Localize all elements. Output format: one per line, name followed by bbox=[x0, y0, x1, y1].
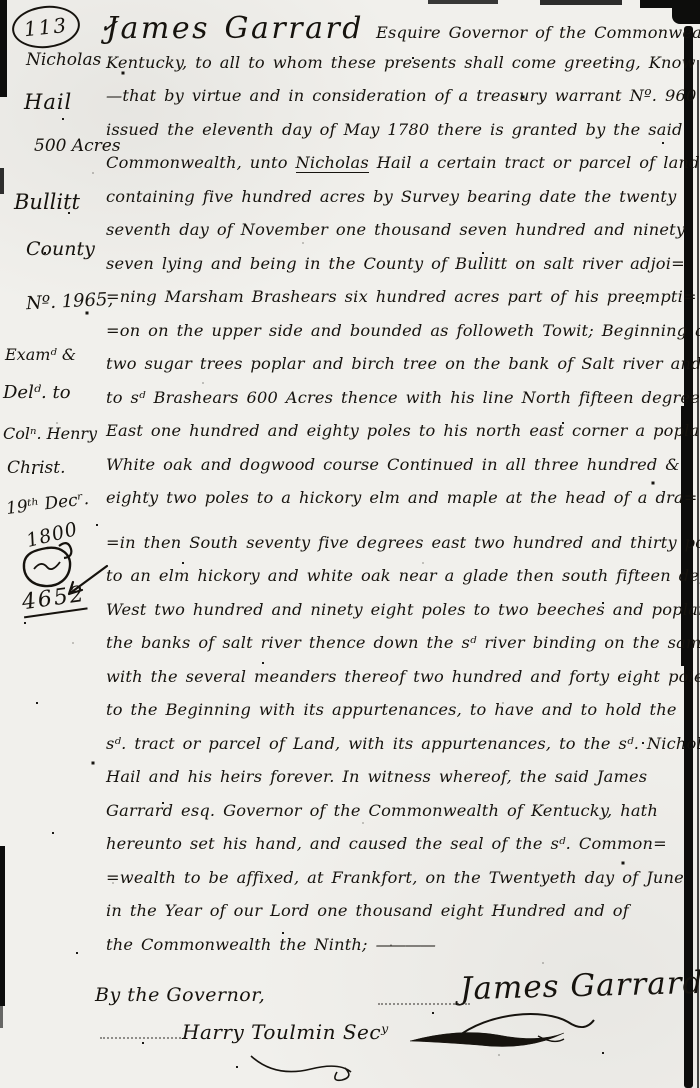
text-segment: eighty two poles to a hickory elm and ma… bbox=[106, 488, 698, 507]
document-line: with the several meanders thereof two hu… bbox=[106, 660, 686, 694]
margin-note-grant-number: Nº. 1965, bbox=[26, 289, 114, 315]
scan-edge-top-blob bbox=[640, 0, 700, 8]
text-segment: seven lying and being in the County of B… bbox=[106, 254, 685, 273]
document-line: =ning Marsham Brashears six hundred acre… bbox=[106, 280, 686, 314]
text-segment: seventh day of November one thousand sev… bbox=[106, 220, 685, 239]
text-segment: Commonwealth, unto bbox=[106, 153, 296, 172]
document-line: in the Year of our Lord one thousand eig… bbox=[106, 894, 686, 928]
text-segment: =wealth to be affixed, at Frankfort, on … bbox=[106, 868, 684, 887]
document-line: seventh day of November one thousand sev… bbox=[106, 213, 686, 247]
text-segment: Hail and his heirs forever. In witness w… bbox=[106, 767, 647, 786]
margin-note-delivery-date: 19ᵗʰ Decʳ. bbox=[5, 489, 90, 519]
text-segment: Nicholas bbox=[296, 153, 369, 173]
secretary-ink-swash bbox=[408, 1026, 568, 1054]
document-line: the banks of salt river thence down the … bbox=[106, 626, 686, 660]
text-segment: ———— bbox=[376, 935, 435, 954]
document-line: —that by virtue and in consideration of … bbox=[106, 79, 686, 113]
scan-edge-left-mid bbox=[0, 168, 4, 194]
margin-note-county-word: County bbox=[26, 238, 95, 260]
text-segment: issued the eleventh day of May 1780 ther… bbox=[106, 120, 683, 139]
document-line: sᵈ. tract or parcel of Land, with its ap… bbox=[106, 727, 686, 761]
document-line: to sᵈ Brashears 600 Acres thence with hi… bbox=[106, 381, 686, 415]
document-line: to an elm hickory and white oak near a g… bbox=[106, 559, 686, 593]
document-line: eighty two poles to a hickory elm and ma… bbox=[106, 481, 686, 515]
scan-edge-top-strip bbox=[428, 0, 498, 4]
text-segment: —that by virtue and in consideration of … bbox=[106, 86, 700, 105]
text-segment: with the several meanders thereof two hu… bbox=[106, 667, 700, 686]
document-line: James GarrardEsquire Governor of the Com… bbox=[106, 12, 686, 46]
document-line: hereunto set his hand, and caused the se… bbox=[106, 827, 686, 861]
document-line: White oak and dogwood course Continued i… bbox=[106, 448, 686, 482]
margin-note-examined: Examᵈ & bbox=[5, 345, 76, 364]
document-line: =wealth to be affixed, at Frankfort, on … bbox=[106, 861, 686, 895]
text-segment: Esquire Governor of the Commonwealth of bbox=[376, 23, 700, 42]
margin-note-delivered-to: Delᵈ. to bbox=[3, 382, 71, 403]
dotted-leader bbox=[378, 1002, 470, 1005]
text-segment: hereunto set his hand, and caused the se… bbox=[106, 834, 667, 853]
text-segment: East one hundred and eighty poles to his… bbox=[106, 421, 700, 440]
text-segment: White oak and dogwood course Continued i… bbox=[106, 455, 680, 474]
text-segment: two sugar trees poplar and birch tree on… bbox=[106, 354, 700, 373]
margin-note-county-name: Bullitt bbox=[14, 190, 80, 214]
document-line: Hail and his heirs forever. In witness w… bbox=[106, 760, 686, 794]
margin-arrow-mark bbox=[62, 564, 110, 600]
text-segment: Kentucky, to all to whom these presents … bbox=[106, 53, 700, 72]
document-line: Kentucky, to all to whom these presents … bbox=[106, 46, 686, 80]
text-segment: =ning Marsham Brashears six hundred acre… bbox=[106, 287, 697, 306]
page-number-badge: 113 bbox=[10, 3, 82, 52]
attestation-by-governor: By the Governor, bbox=[95, 984, 265, 1006]
margin-note-grantee-first-name: Nicholas bbox=[26, 50, 101, 70]
text-segment: to the Beginning with its appurtenances,… bbox=[106, 700, 677, 719]
document-line: seven lying and being in the County of B… bbox=[106, 247, 686, 281]
document-line: Garrard esq. Governor of the Commonwealt… bbox=[106, 794, 686, 828]
document-line: =on on the upper side and bounded as fol… bbox=[106, 314, 686, 348]
text-segment: sᵈ. tract or parcel of Land, with its ap… bbox=[106, 734, 700, 753]
text-segment: West two hundred and ninety eight poles … bbox=[106, 600, 700, 619]
document-line: West two hundred and ninety eight poles … bbox=[106, 593, 686, 627]
text-segment: Garrard esq. Governor of the Commonwealt… bbox=[106, 801, 658, 820]
text-segment: James Garrard bbox=[106, 11, 364, 46]
margin-note-colonel-henry: Colⁿ. Henry bbox=[3, 424, 97, 443]
text-segment: to sᵈ Brashears 600 Acres thence with hi… bbox=[106, 388, 700, 407]
document-line: the Commonwealth the Ninth; ———— bbox=[106, 928, 686, 962]
text-segment: =on on the upper side and bounded as fol… bbox=[106, 321, 700, 340]
document-line: containing five hundred acres by Survey … bbox=[106, 180, 686, 214]
secretary-signature: Harry Toulmin Secʸ bbox=[182, 1020, 389, 1044]
scan-edge-left-tail bbox=[0, 1006, 3, 1028]
document-line: East one hundred and eighty poles to his… bbox=[106, 414, 686, 448]
text-segment: =in then South seventy five degrees east… bbox=[106, 533, 700, 552]
dotted-leader bbox=[100, 1036, 185, 1039]
text-segment: to an elm hickory and white oak near a g… bbox=[106, 566, 700, 585]
scan-edge-left-top bbox=[0, 0, 7, 97]
text-segment: the banks of salt river thence down the … bbox=[106, 633, 700, 652]
document-line: two sugar trees poplar and birch tree on… bbox=[106, 347, 686, 381]
document-line: issued the eleventh day of May 1780 ther… bbox=[106, 113, 686, 147]
governor-signature: James Garrard bbox=[460, 965, 700, 1007]
page-number: 113 bbox=[23, 13, 69, 41]
body-text: James GarrardEsquire Governor of the Com… bbox=[106, 12, 686, 961]
document-line: to the Beginning with its appurtenances,… bbox=[106, 693, 686, 727]
scan-edge-top-strip bbox=[540, 0, 622, 5]
scan-edge-left-bottom bbox=[0, 846, 5, 1006]
margin-note-christ: Christ. bbox=[7, 458, 65, 478]
text-segment: in the Year of our Lord one thousand eig… bbox=[106, 901, 629, 920]
text-segment: containing five hundred acres by Survey … bbox=[106, 187, 676, 206]
document-line: Commonwealth, unto Nicholas Hail a certa… bbox=[106, 146, 686, 180]
text-segment: Hail a certain tract or parcel of land bbox=[369, 153, 700, 172]
document-page: 113 ✓ Nicholas Hail 500 Acres Bullitt Co… bbox=[0, 0, 700, 1088]
text-segment: the Commonwealth the Ninth; bbox=[106, 935, 376, 954]
flourish-loop bbox=[245, 1050, 375, 1082]
scan-speckles bbox=[0, 0, 2, 2]
margin-note-grantee-last-name: Hail bbox=[24, 90, 72, 114]
document-line: =in then South seventy five degrees east… bbox=[106, 526, 686, 560]
